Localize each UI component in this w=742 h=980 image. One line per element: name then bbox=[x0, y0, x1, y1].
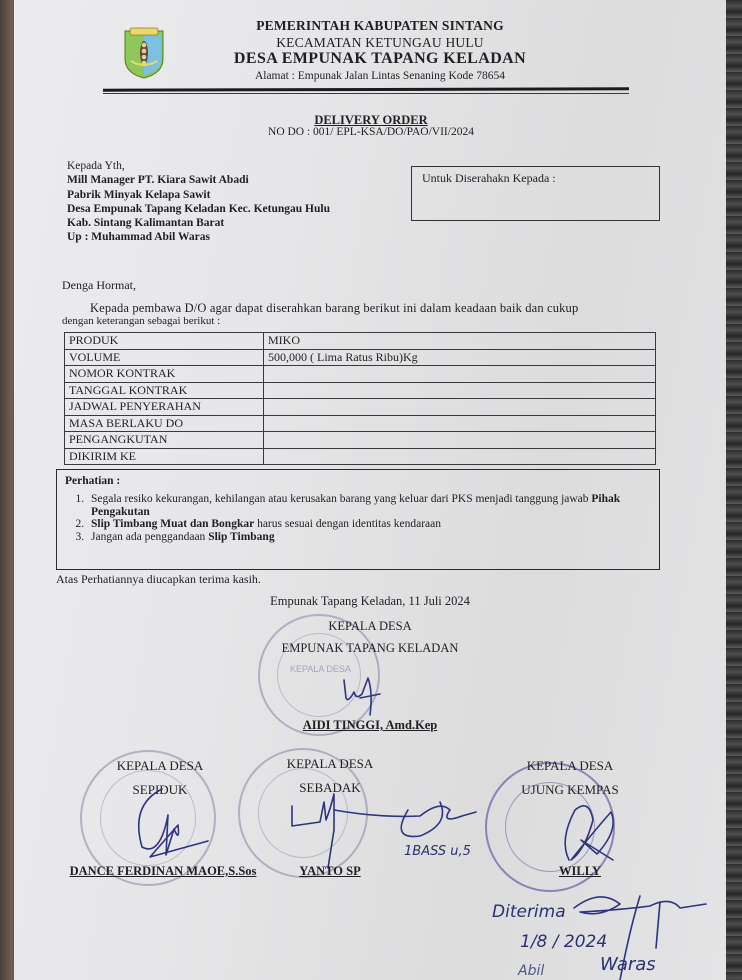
notice-item-emphasis: Slip Timbang Muat dan Bongkar bbox=[91, 518, 254, 530]
table-row: TANGGAL KONTRAK bbox=[65, 382, 656, 399]
signature-sepiduk bbox=[120, 785, 210, 865]
handover-label: Untuk Diserahakn Kepada : bbox=[422, 171, 556, 185]
signer-role: KEPALA DESA bbox=[220, 619, 520, 634]
row-label: NOMOR KONTRAK bbox=[65, 366, 264, 383]
table-row: JADWAL PENYERAHAN bbox=[65, 399, 656, 416]
received-extra: Abil bbox=[518, 963, 544, 979]
row-value bbox=[264, 399, 656, 416]
received-label: Diterima bbox=[492, 902, 566, 922]
letterhead-village: DESA EMPUNAK TAPANG KELADAN bbox=[200, 50, 560, 68]
row-value: MIKO bbox=[264, 333, 656, 350]
recipient-line: Desa Empunak Tapang Keladan Kec. Ketunga… bbox=[67, 202, 330, 216]
cosigner-role: KEPALA DESA bbox=[230, 756, 430, 772]
place-date: Empunak Tapang Keladan, 11 Juli 2024 bbox=[220, 594, 520, 609]
cosigner-name: WILLY bbox=[559, 864, 601, 878]
notice-title: Perhatian : bbox=[65, 475, 120, 487]
cosigner-ujung-kempas: KEPALA DESA UJUNG KEMPAS bbox=[470, 758, 670, 798]
row-value bbox=[264, 415, 656, 432]
letterhead-district: KECAMATAN KETUNGAU HULU bbox=[200, 35, 560, 51]
recipient-salutation: Kepada Yth, bbox=[67, 159, 330, 173]
cosigner-name-sebadak: YANTO SP bbox=[270, 863, 390, 879]
table-row: NOMOR KONTRAK bbox=[65, 366, 656, 383]
row-value bbox=[264, 432, 656, 449]
row-value: 500,000 ( Lima Ratus Ribu)Kg bbox=[264, 349, 656, 366]
letterhead-divider-thin bbox=[103, 93, 629, 94]
table-row: DIKIRIM KE bbox=[65, 448, 656, 465]
row-label: VOLUME bbox=[65, 349, 264, 366]
row-label: PENGANGKUTAN bbox=[65, 432, 264, 449]
table-row: PENGANGKUTAN bbox=[65, 432, 656, 449]
received-name: Waras bbox=[600, 954, 656, 975]
intro-text-cont: dengan keterangan sebagai berikut : bbox=[62, 315, 220, 327]
row-label: JADWAL PENYERAHAN bbox=[65, 399, 264, 416]
closing-text: Atas Perhatiannya diucapkan terima kasih… bbox=[56, 572, 261, 587]
document-number: NO DO : 001/ EPL-KSA/DO/PAO/VII/2024 bbox=[0, 126, 742, 138]
notice-item-text: Jangan ada penggandaan bbox=[91, 531, 208, 543]
notice-box: Perhatian : Segala resiko kekurangan, ke… bbox=[56, 469, 660, 570]
notice-item-text: Segala resiko kekurangan, kehilangan ata… bbox=[91, 493, 591, 505]
notice-list: Segala resiko kekurangan, kehilangan ata… bbox=[65, 493, 667, 544]
cosigner-role: KEPALA DESA bbox=[470, 758, 670, 774]
cosigner-name-ujung-kempas: WILLY bbox=[530, 863, 630, 879]
table-row: VOLUME500,000 ( Lima Ratus Ribu)Kg bbox=[65, 349, 656, 366]
cosigner-name-sepiduk: DANCE FERDINAN MAOE,S.Sos bbox=[38, 863, 288, 879]
table-row: MASA BERLAKU DO bbox=[65, 415, 656, 432]
notice-item: Jangan ada penggandaan Slip Timbang bbox=[87, 531, 667, 544]
letterhead-government: PEMERINTAH KABUPATEN SINTANG bbox=[200, 18, 560, 34]
recipient-line: Kab. Sintang Kalimantan Barat bbox=[67, 216, 330, 230]
notice-item-text: harus sesuai dengan identitas kendaraan bbox=[254, 518, 441, 530]
handwritten-code: 1BASS u,5 bbox=[404, 844, 471, 859]
notice-item: Slip Timbang Muat dan Bongkar harus sesu… bbox=[87, 518, 667, 531]
signer-village: EMPUNAK TAPANG KELADAN bbox=[220, 641, 520, 656]
row-value bbox=[264, 366, 656, 383]
greeting: Denga Hormat, bbox=[62, 278, 136, 293]
row-value bbox=[264, 448, 656, 465]
cosigner-name: YANTO SP bbox=[299, 864, 360, 878]
intro-text: Kepada pembawa D/O agar dapat diserahkan… bbox=[90, 301, 670, 316]
row-label: PRODUK bbox=[65, 333, 264, 350]
notice-item-emphasis: Slip Timbang bbox=[208, 531, 274, 543]
cosigner-village: UJUNG KEMPAS bbox=[470, 782, 670, 798]
cosigner-name: DANCE FERDINAN MAOE,S.Sos bbox=[70, 864, 257, 878]
recipient-line: Pabrik Minyak Kelapa Sawit bbox=[67, 188, 330, 202]
recipient-line: Up : Muhammad Abil Waras bbox=[67, 230, 330, 244]
handover-box: Untuk Diserahakn Kepada : bbox=[411, 166, 660, 221]
signature-village-head bbox=[340, 670, 390, 720]
signature-ujung-kempas bbox=[555, 800, 625, 870]
table-row: PRODUKMIKO bbox=[65, 333, 656, 350]
details-table: PRODUKMIKOVOLUME500,000 ( Lima Ratus Rib… bbox=[64, 332, 656, 465]
recipient-address: Kepada Yth, Mill Manager PT. Kiara Sawit… bbox=[67, 159, 330, 245]
signer-name: AIDI TINGGI, Amd.Kep bbox=[220, 718, 520, 733]
letterhead-address: Alamat : Empunak Jalan Lintas Senaning K… bbox=[200, 70, 560, 82]
row-value bbox=[264, 382, 656, 399]
notice-item: Segala resiko kekurangan, kehilangan ata… bbox=[87, 493, 667, 518]
row-label: DIKIRIM KE bbox=[65, 448, 264, 465]
row-label: TANGGAL KONTRAK bbox=[65, 382, 264, 399]
received-date: 1/8 / 2024 bbox=[520, 932, 607, 952]
regency-crest-icon bbox=[121, 25, 167, 79]
recipient-line: Mill Manager PT. Kiara Sawit Abadi bbox=[67, 173, 330, 187]
row-label: MASA BERLAKU DO bbox=[65, 415, 264, 432]
